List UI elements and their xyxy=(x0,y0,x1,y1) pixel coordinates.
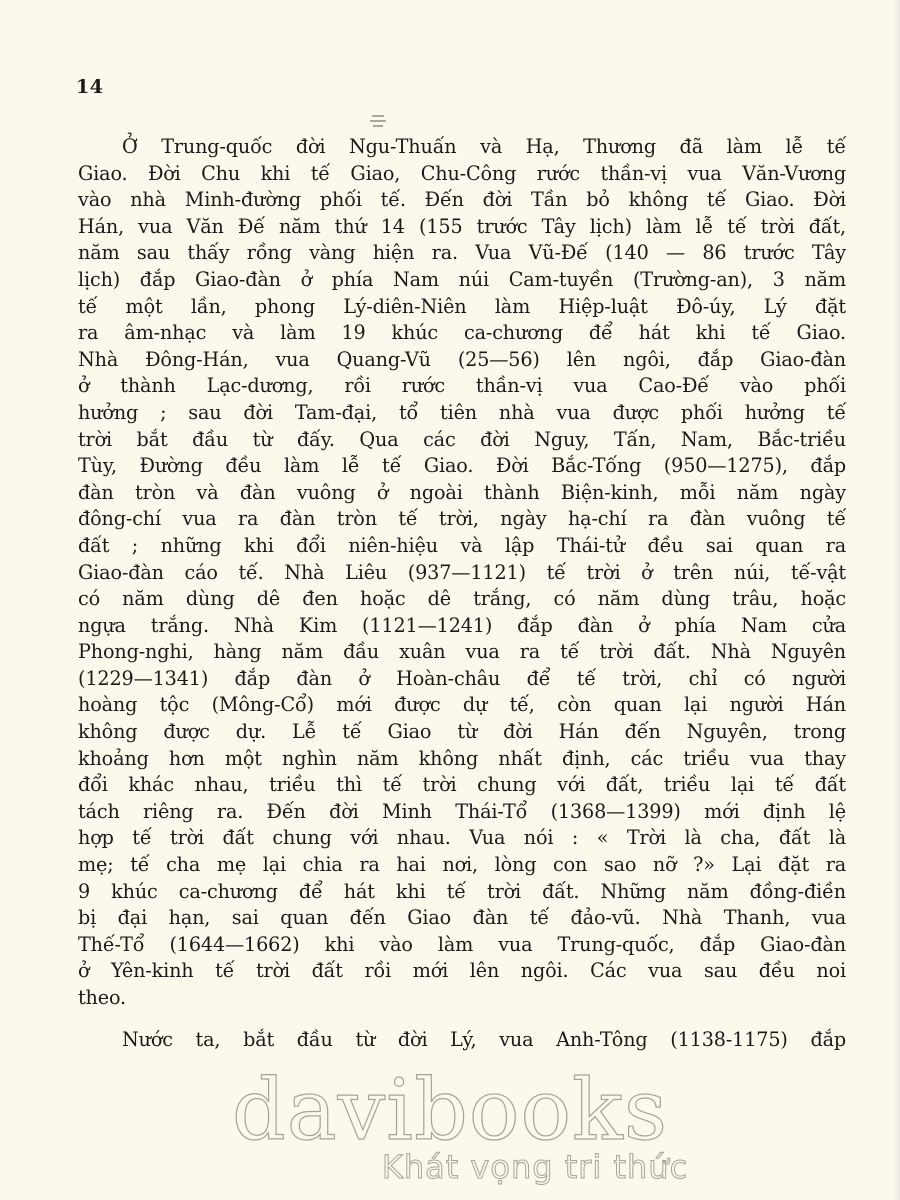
text-line: mẹ; tế cha mẹ lại chia ra hai nơi, lòng … xyxy=(78,852,846,879)
text-line: Giao-đàn cáo tế. Nhà Liêu (937—1121) tế … xyxy=(78,560,846,587)
text-line: đông-chí vua ra đàn tròn tế trời, ngày h… xyxy=(78,506,846,533)
text-line: Ở Trung-quốc đời Ngu-Thuấn và Hạ, Thương… xyxy=(78,134,846,161)
text-line: Hán, vua Văn Đế năm thứ 14 (155 trước Tâ… xyxy=(78,214,846,241)
text-line: Phong-nghi, hàng năm đầu xuân vua ra tế … xyxy=(78,639,846,666)
print-smudge xyxy=(366,112,390,132)
watermark: davibooks xyxy=(0,1068,900,1152)
text-line: tế một lần, phong Lý-diên-Niên làm Hiệp-… xyxy=(78,294,846,321)
text-line: 9 khúc ca-chương để hát khi tế trời đất.… xyxy=(78,879,846,906)
text-line: ở Yên-kinh tế trời đất rồi mới lên ngôi.… xyxy=(78,958,846,985)
text-line: có năm dùng dê đen hoặc dê trắng, có năm… xyxy=(78,586,846,613)
text-line: ở thành Lạc-dương, rồi rước thần-vị vua … xyxy=(78,373,846,400)
page-number: 14 xyxy=(76,76,103,98)
watermark-brand: davibooks xyxy=(0,1068,900,1152)
paragraph-1: Ở Trung-quốc đời Ngu-Thuấn và Hạ, Thương… xyxy=(78,134,846,1012)
text-line: Giao. Đời Chu khi tế Giao, Chu-Công rước… xyxy=(78,161,846,188)
text-line: đất ; những khi đổi niên-hiệu và lập Thá… xyxy=(78,533,846,560)
text-line: Tùy, Đường đều làm lễ tế Giao. Đời Bắc-T… xyxy=(78,453,846,480)
page-edge-shadow xyxy=(894,0,900,1200)
text-line: đàn tròn và đàn vuông ở ngoài thành Biện… xyxy=(78,480,846,507)
text-line: trời bắt đầu từ đấy. Qua các đời Nguy, T… xyxy=(78,427,846,454)
text-line: ra âm-nhạc và làm 19 khúc ca-chương để h… xyxy=(78,320,846,347)
text-line: bị đại hạn, sai quan đến Giao đàn tế đảo… xyxy=(78,905,846,932)
text-line: Nước ta, bắt đầu từ đời Lý, vua Anh-Tông… xyxy=(78,1027,846,1054)
text-line: hợp tế trời đất chung với nhau. Vua nói … xyxy=(78,825,846,852)
text-line: không được dự. Lễ tế Giao từ đời Hán đến… xyxy=(78,719,846,746)
text-line: (1229—1341) đắp đàn ở Hoàn-châu để tế tr… xyxy=(78,666,846,693)
watermark-slogan: Khát vọng tri thức xyxy=(0,1148,900,1186)
text-line: vào nhà Minh-đường phối tế. Đến đời Tần … xyxy=(78,187,846,214)
text-line: hưởng ; sau đời Tam-đại, tổ tiên nhà vua… xyxy=(78,400,846,427)
text-line: năm sau thấy rồng vàng hiện ra. Vua Vũ-Đ… xyxy=(78,240,846,267)
text-line: theo. xyxy=(78,985,846,1012)
text-line: khoảng hơn một nghìn năm không nhất định… xyxy=(78,746,846,773)
text-line: ngựa trắng. Nhà Kim (1121—1241) đắp đàn … xyxy=(78,613,846,640)
text-line: đổi khác nhau, triều thì tế trời chung v… xyxy=(78,772,846,799)
text-line: hoàng tộc (Mông-Cổ) mới được dự tế, còn … xyxy=(78,692,846,719)
paragraph-2: Nước ta, bắt đầu từ đời Lý, vua Anh-Tông… xyxy=(78,1027,846,1054)
text-line: Nhà Đông-Hán, vua Quang-Vũ (25—56) lên n… xyxy=(78,347,846,374)
text-line: lịch) đắp Giao-đàn ở phía Nam núi Cam-tu… xyxy=(78,267,846,294)
text-line: tách riêng ra. Đến đời Minh Thái-Tổ (136… xyxy=(78,799,846,826)
text-line: Thế-Tổ (1644—1662) khi vào làm vua Trung… xyxy=(78,932,846,959)
